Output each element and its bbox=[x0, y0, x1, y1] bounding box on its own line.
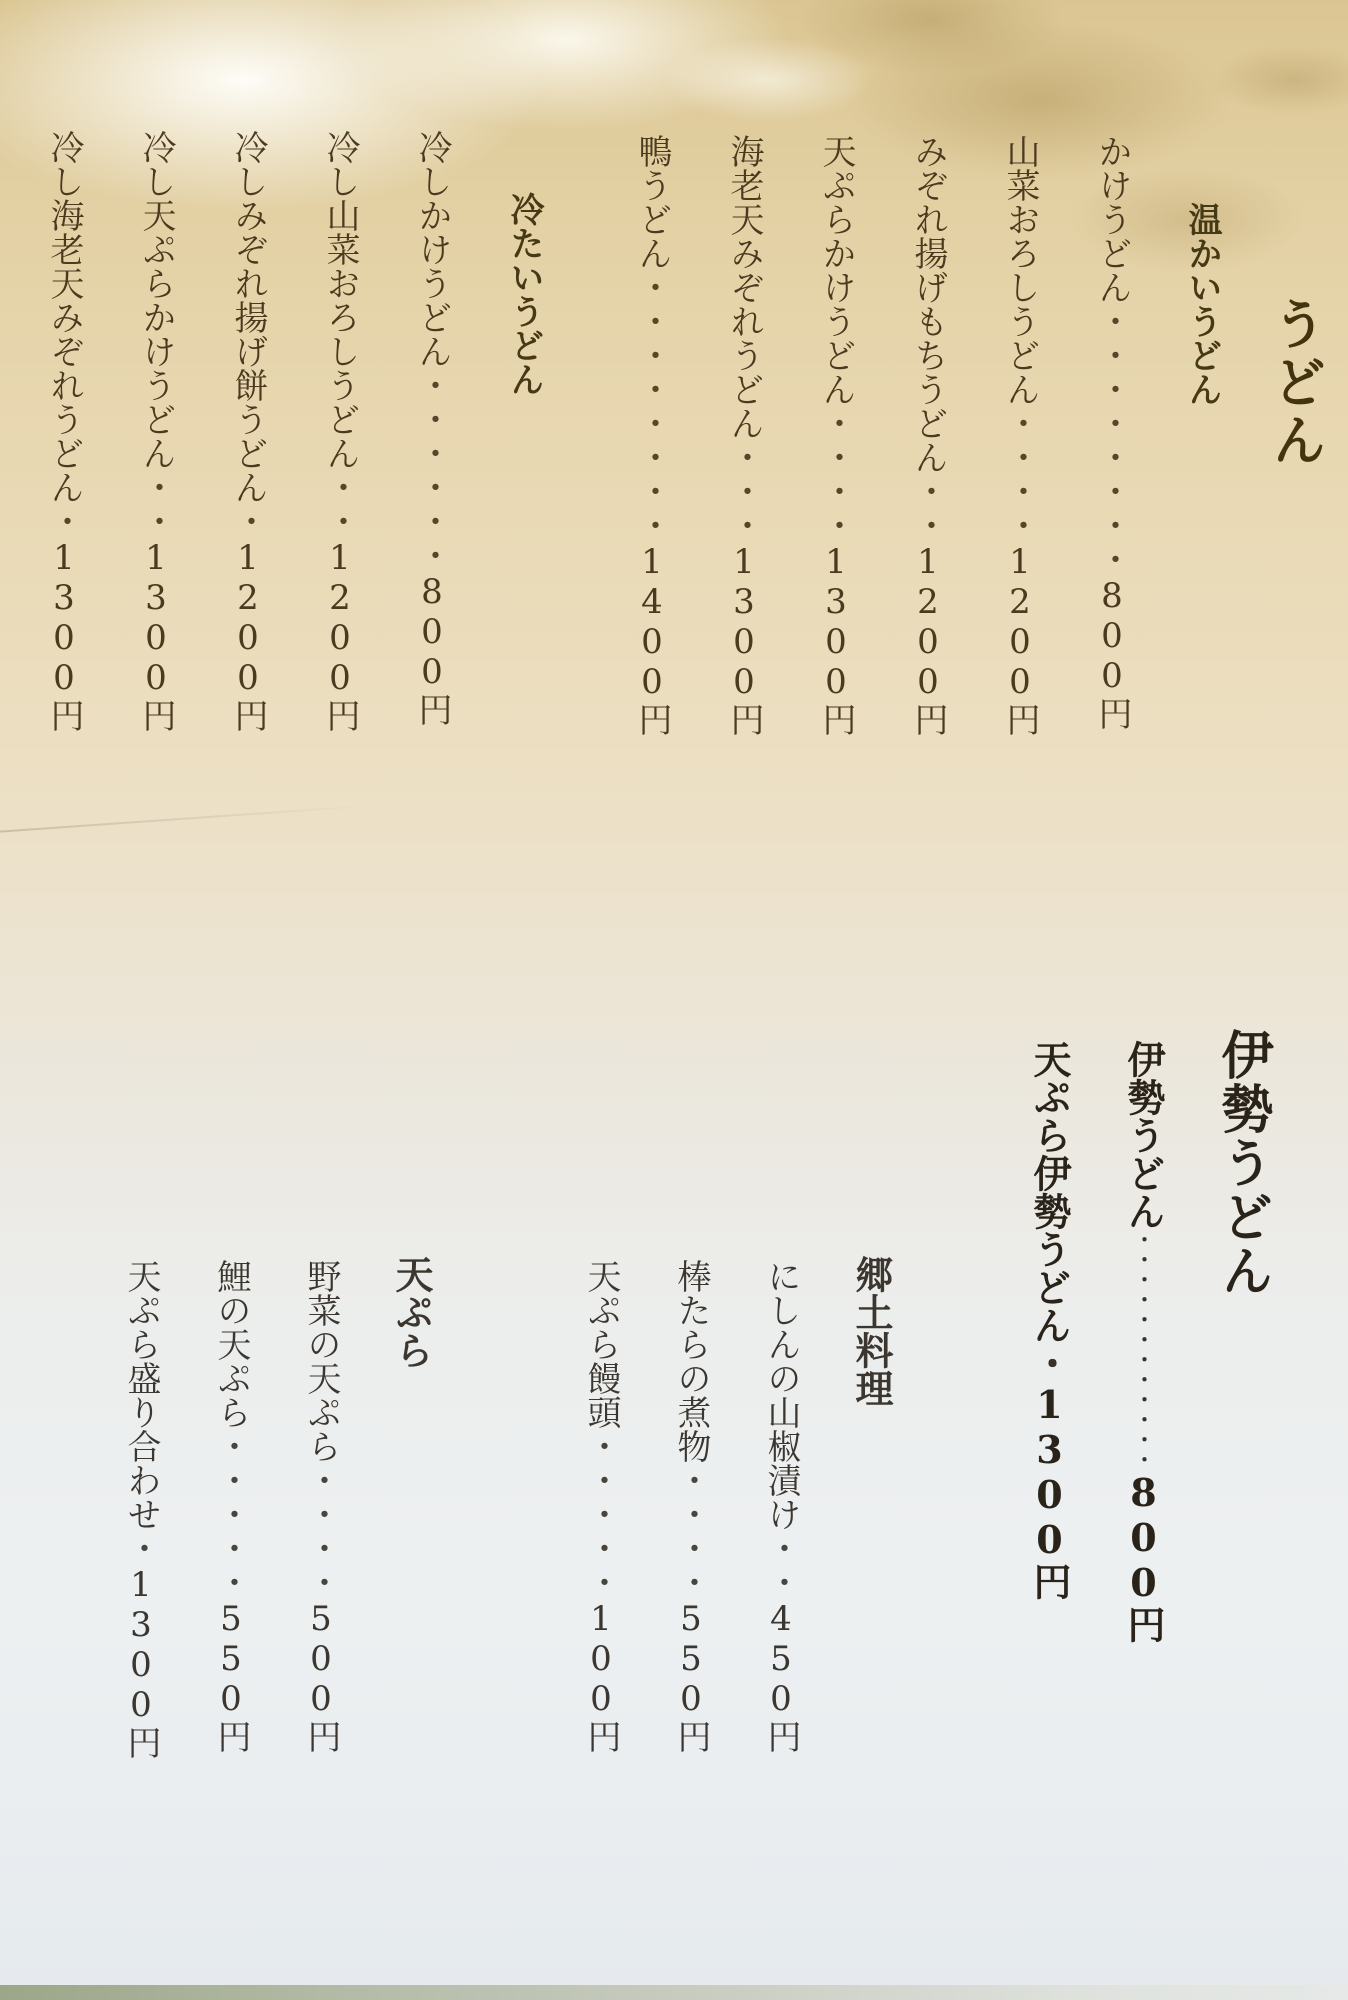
item-label: みぞれ揚げもちうどん bbox=[908, 134, 948, 474]
item-label: 天ぷら伊勢うどん bbox=[1027, 1040, 1072, 1344]
item-dots: ・ bbox=[121, 1531, 161, 1565]
item-dots: ・・ bbox=[320, 470, 360, 538]
item-label: 冷し山菜おろしうどん bbox=[320, 130, 360, 470]
item-dots: ・・ bbox=[908, 474, 948, 542]
menu-item-column: 冷しかけうどん・・・・・・800円 bbox=[415, 128, 449, 736]
item-label: 海老天みぞれうどん bbox=[724, 134, 764, 440]
item-label: 鯉の天ぷら bbox=[211, 1259, 251, 1429]
item-price: 800円 bbox=[1092, 576, 1132, 730]
menu-item-column: 冷しみぞれ揚げ餅うどん・1200円 bbox=[231, 128, 265, 736]
item-price: 500円 bbox=[301, 1599, 341, 1753]
item-dots: ・・・・ bbox=[671, 1463, 711, 1599]
item-label: 鴨うどん bbox=[632, 134, 672, 270]
menu-item-column: 棒たらの煮物・・・・550円 bbox=[674, 1255, 708, 1753]
item-label: 冷しかけうどん bbox=[412, 130, 452, 368]
item-dots: ・・・・・ bbox=[211, 1429, 251, 1599]
item-dots: ・・・・・・・・・・・・ bbox=[1132, 1230, 1154, 1470]
item-price: 1300円 bbox=[44, 538, 84, 732]
item-dots: ・ bbox=[1027, 1344, 1072, 1382]
item-price: 1300円 bbox=[121, 1565, 161, 1759]
item-price: 800円 bbox=[412, 572, 452, 726]
item-price: 1200円 bbox=[908, 542, 948, 736]
ise-udon-title: 伊勢うどん bbox=[1216, 1028, 1268, 1643]
bottom-edge-shadow bbox=[0, 1985, 1348, 2000]
item-label: にしんの山椒漬け bbox=[761, 1259, 801, 1531]
kyodo-ryori-section: 郷土料理 にしんの山椒漬け・・450円 棒たらの煮物・・・・550円 天ぷら饅頭… bbox=[584, 1255, 890, 1753]
item-price: 1200円 bbox=[320, 538, 360, 732]
paper-crease bbox=[0, 805, 370, 834]
cold-udon-header: 冷たいうどん bbox=[507, 128, 541, 736]
menu-item-column: 鴨うどん・・・・・・・・1400円 bbox=[635, 128, 669, 736]
item-dots: ・・・ bbox=[724, 440, 764, 542]
menu-item-column: にしんの山椒漬け・・450円 bbox=[764, 1255, 798, 1753]
item-price: 1400円 bbox=[632, 542, 672, 736]
item-price: 100円 bbox=[581, 1599, 621, 1753]
item-dots: ・・・・・ bbox=[581, 1429, 621, 1599]
item-label: 棒たらの煮物 bbox=[671, 1259, 711, 1463]
item-price: 1300円 bbox=[724, 542, 764, 736]
item-dots: ・・ bbox=[136, 470, 176, 538]
item-label: 伊勢うどん bbox=[1121, 1040, 1166, 1230]
menu-item-column: 天ぷら伊勢うどん・1300円 bbox=[1030, 1028, 1068, 1643]
item-price: 1300円 bbox=[1027, 1382, 1072, 1600]
menu-item-column: 冷し山菜おろしうどん・・1200円 bbox=[323, 128, 357, 736]
item-dots: ・・ bbox=[761, 1531, 801, 1599]
menu-item-column: 冷し天ぷらかけうどん・・1300円 bbox=[139, 128, 173, 736]
item-label: 天ぷら饅頭 bbox=[581, 1259, 621, 1429]
item-price: 800円 bbox=[1121, 1470, 1166, 1643]
item-dots: ・・・・・・・・ bbox=[1092, 304, 1132, 576]
item-label: 冷し海老天みぞれうどん bbox=[44, 130, 84, 504]
item-label: 野菜の天ぷら bbox=[301, 1259, 341, 1463]
ise-udon-section: 伊勢うどん 伊勢うどん・・・・・・・・・・・・800円 天ぷら伊勢うどん・130… bbox=[1030, 1028, 1268, 1643]
menu-item-column: 天ぷら盛り合わせ・1300円 bbox=[124, 1255, 158, 1759]
menu-item-column: 冷し海老天みぞれうどん・1300円 bbox=[47, 128, 81, 736]
item-dots: ・ bbox=[44, 504, 84, 538]
item-dots: ・・・・・・・・ bbox=[632, 270, 672, 542]
item-label: 天ぷらかけうどん bbox=[816, 134, 856, 406]
tempura-section: 天ぷら 野菜の天ぷら・・・・500円 鯉の天ぷら・・・・・550円 天ぷら盛り合… bbox=[124, 1255, 430, 1759]
tempura-header: 天ぷら bbox=[392, 1255, 430, 1759]
item-price: 550円 bbox=[211, 1599, 251, 1753]
item-label: 天ぷら盛り合わせ bbox=[121, 1259, 161, 1531]
menu-item-column: 天ぷらかけうどん・・・・1300円 bbox=[819, 128, 853, 736]
item-label: 冷し天ぷらかけうどん bbox=[136, 130, 176, 470]
item-price: 1300円 bbox=[816, 542, 856, 736]
menu-item-column: 天ぷら饅頭・・・・・100円 bbox=[584, 1255, 618, 1753]
menu-item-column: 伊勢うどん・・・・・・・・・・・・800円 bbox=[1124, 1028, 1162, 1643]
item-dots: ・・・・ bbox=[816, 406, 856, 542]
menu-item-column: みぞれ揚げもちうどん・・1200円 bbox=[911, 128, 945, 736]
item-price: 1300円 bbox=[136, 538, 176, 732]
menu-page: うどん 温かいうどん かけうどん・・・・・・・・800円 山菜おろしうどん・・・… bbox=[0, 0, 1348, 2000]
warm-udon-header: 温かいうどん bbox=[1185, 128, 1219, 736]
menu-item-column: かけうどん・・・・・・・・800円 bbox=[1095, 128, 1129, 736]
menu-item-column: 山菜おろしうどん・・・・1200円 bbox=[1003, 128, 1037, 736]
menu-item-column: 野菜の天ぷら・・・・500円 bbox=[304, 1255, 338, 1759]
item-label: 冷しみぞれ揚げ餅うどん bbox=[228, 130, 268, 504]
item-price: 550円 bbox=[671, 1599, 711, 1753]
item-price: 450円 bbox=[761, 1599, 801, 1753]
item-label: 山菜おろしうどん bbox=[1000, 134, 1040, 406]
menu-item-column: 鯉の天ぷら・・・・・550円 bbox=[214, 1255, 248, 1759]
item-dots: ・ bbox=[228, 504, 268, 538]
item-dots: ・・・・・・ bbox=[412, 368, 452, 572]
kyodo-ryori-header: 郷土料理 bbox=[852, 1255, 890, 1753]
udon-title: うどん bbox=[1269, 128, 1323, 736]
udon-section: うどん 温かいうどん かけうどん・・・・・・・・800円 山菜おろしうどん・・・… bbox=[47, 128, 1323, 736]
item-label: かけうどん bbox=[1092, 134, 1132, 304]
item-dots: ・・・・ bbox=[301, 1463, 341, 1599]
item-price: 1200円 bbox=[228, 538, 268, 732]
menu-item-column: 海老天みぞれうどん・・・1300円 bbox=[727, 128, 761, 736]
item-dots: ・・・・ bbox=[1000, 406, 1040, 542]
item-price: 1200円 bbox=[1000, 542, 1040, 736]
